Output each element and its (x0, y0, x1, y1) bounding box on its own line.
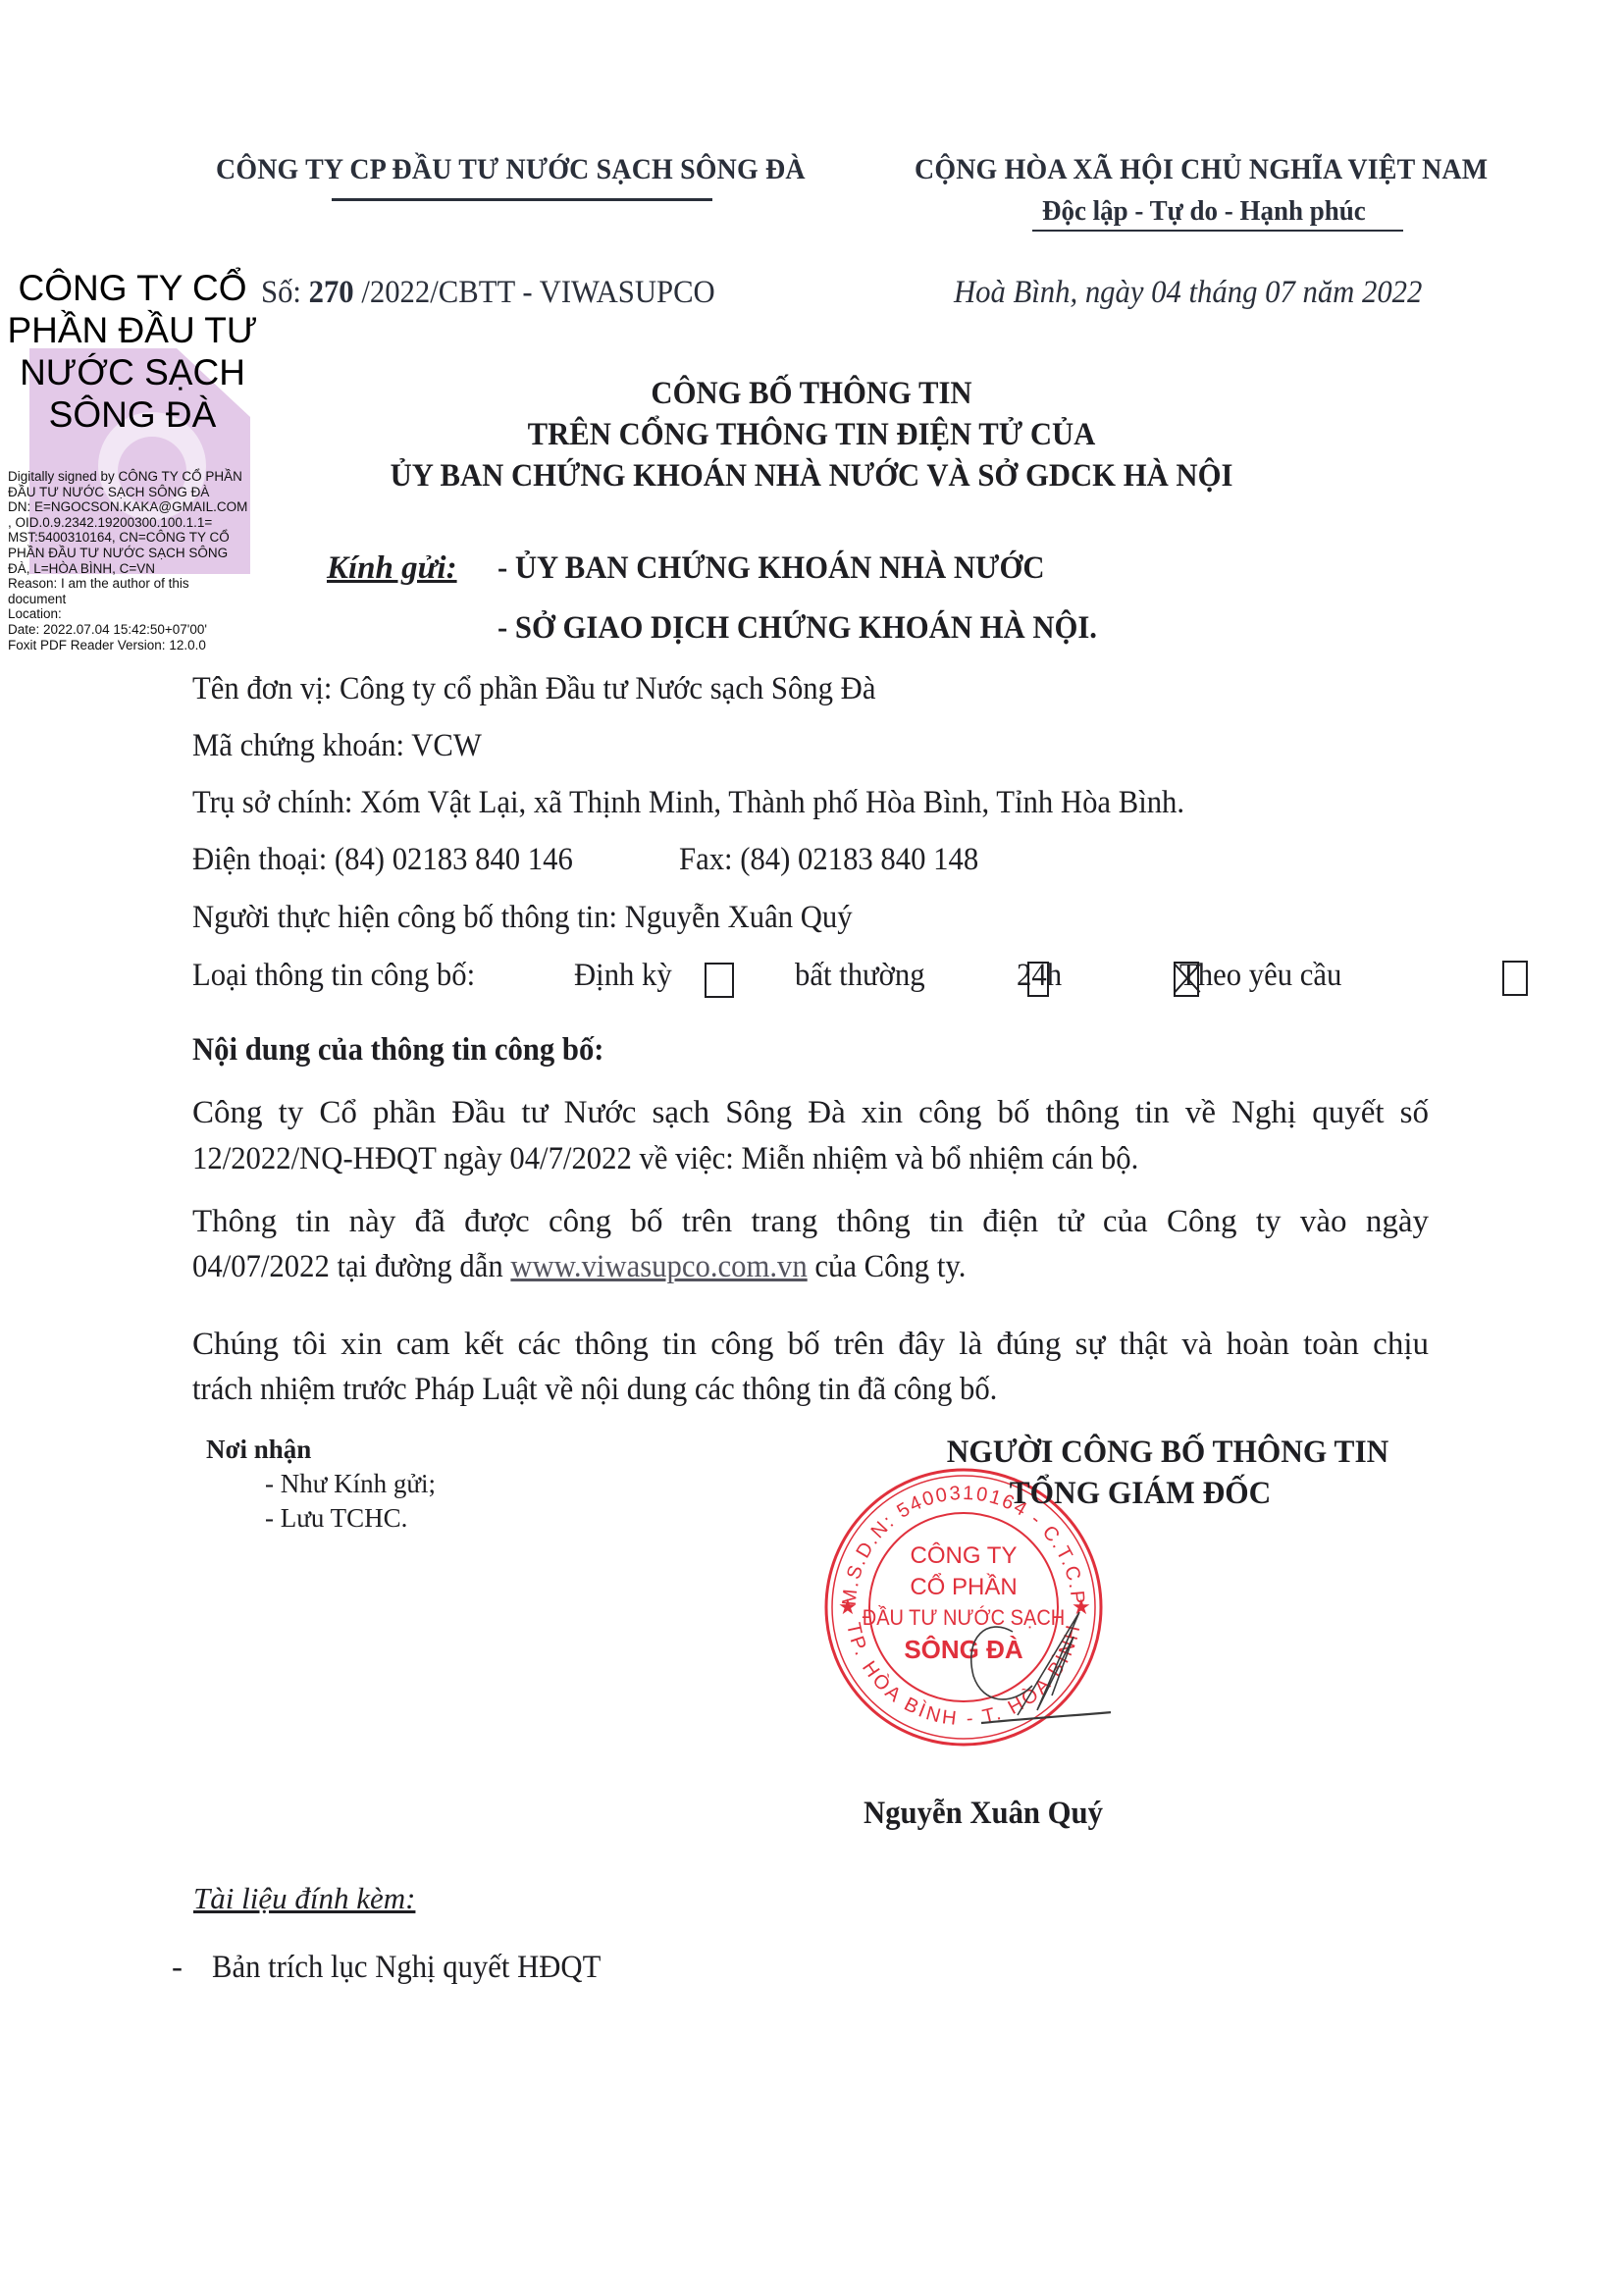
signature-detail-line: Location: (8, 606, 273, 622)
company-name-underline (332, 198, 712, 201)
svg-text:SÔNG ĐÀ: SÔNG ĐÀ (904, 1635, 1023, 1664)
recipients-label: Kính gửi: (327, 550, 457, 587)
type-on-request-label: Theo yêu cầu (1179, 958, 1341, 994)
paragraph-2-suffix: của Công ty. (808, 1249, 967, 1284)
digital-signer-line: CÔNG TY CỔ (0, 267, 265, 309)
recipient-item: - SỞ GIAO DỊCH CHỨNG KHOÁN HÀ NỘI. (497, 610, 1097, 647)
signature-detail-line: Foxit PDF Reader Version: 12.0.0 (8, 638, 273, 653)
motto-underline (1032, 230, 1403, 232)
motto: Độc lập - Tự do - Hạnh phúc (1042, 195, 1366, 228)
paragraph-1-line-1: Công ty Cổ phần Đầu tư Nước sạch Sông Đà… (192, 1095, 1429, 1131)
document-number-suffix: /2022/CBTT - VIWASUPCO (354, 275, 715, 310)
recipient-item: - ỦY BAN CHỨNG KHOÁN NHÀ NƯỚC (497, 550, 1045, 587)
type-24h-label: 24h (1017, 958, 1062, 994)
type-on-request-checkbox[interactable] (1502, 961, 1528, 996)
paragraph-2-prefix: 04/07/2022 tại đường dẫn (192, 1249, 510, 1284)
signer-title: TỔNG GIÁM ĐỐC (814, 1476, 1467, 1512)
digital-signature-details: Digitally signed by CÔNG TY CỔ PHẦN ĐẦU … (8, 469, 273, 652)
signature-detail-line: Date: 2022.07.04 15:42:50+07'00' (8, 622, 273, 638)
stock-code: Mã chứng khoán: VCW (192, 728, 482, 764)
svg-text:ĐẦU TƯ NƯỚC SẠCH: ĐẦU TƯ NƯỚC SẠCH (863, 1606, 1065, 1630)
attachment-bullet: - (172, 1950, 183, 1986)
content-heading: Nội dung của thông tin công bố: (192, 1032, 604, 1069)
paragraph-3-line-1: Chúng tôi xin cam kết các thông tin công… (192, 1327, 1429, 1363)
signature-detail-line: Reason: I am the author of this (8, 576, 273, 592)
document-number: Số: 270 /2022/CBTT - VIWASUPCO (261, 275, 715, 311)
title-line-3: ỦY BAN CHỨNG KHOÁN NHÀ NƯỚC VÀ SỞ GDCK H… (57, 458, 1566, 495)
unit-name: Tên đơn vị: Công ty cổ phần Đầu tư Nước … (192, 671, 875, 707)
svg-text:★: ★ (1072, 1594, 1091, 1619)
digital-signer-line: PHẦN ĐẦU TƯ (0, 309, 265, 351)
head-office-address: Trụ sở chính: Xóm Vật Lại, xã Thịnh Minh… (192, 785, 1184, 821)
paragraph-3-line-2: trách nhiệm trước Pháp Luật về nội dung … (192, 1372, 997, 1408)
website-link[interactable]: www.viwasupco.com.vn (510, 1249, 807, 1284)
svg-text:CÔNG TY: CÔNG TY (911, 1541, 1018, 1569)
type-periodic-checkbox[interactable] (705, 963, 734, 998)
signature-detail-line: MST:5400310164, CN=CÔNG TY CỔ (8, 530, 273, 546)
company-name-header: CÔNG TY CP ĐẦU TƯ NƯỚC SẠCH SÔNG ĐÀ (216, 153, 806, 186)
document-number-value: 270 (309, 275, 354, 310)
svg-text:★: ★ (838, 1594, 858, 1619)
signature-detail-line: ĐÀ, L=HÒA BÌNH, C=VN (8, 561, 273, 577)
type-periodic-label: Định kỳ (574, 958, 672, 994)
signature-detail-line: document (8, 592, 273, 607)
attachments-label: Tài liệu đính kèm: (193, 1881, 415, 1916)
document-number-prefix: Số: (261, 275, 309, 310)
title-line-2: TRÊN CỔNG THÔNG TIN ĐIỆN TỬ CỦA (57, 417, 1566, 453)
paragraph-2-line-2: 04/07/2022 tại đường dẫn www.viwasupco.c… (192, 1249, 966, 1285)
signer-name: Nguyễn Xuân Quý (664, 1796, 1303, 1832)
fax-number: Fax: (84) 02183 840 148 (679, 842, 978, 878)
title-line-1: CÔNG BỐ THÔNG TIN (57, 376, 1566, 412)
signature-detail-line: , OID.0.9.2342.19200300.100.1.1= (8, 515, 273, 531)
discloser-name: Người thực hiện công bố thông tin: Nguyễ… (192, 900, 853, 936)
paragraph-2-line-1: Thông tin này đã được công bố trên trang… (192, 1204, 1429, 1240)
distribution-item: - Như Kính gửi; (265, 1469, 436, 1499)
distribution-label: Nơi nhận (206, 1435, 311, 1465)
paragraph-1-line-2: 12/2022/NQ-HĐQT ngày 04/7/2022 về việc: … (192, 1141, 1138, 1177)
place-date: Hoà Bình, ngày 04 tháng 07 năm 2022 (954, 275, 1422, 311)
phone-number: Điện thoại: (84) 02183 840 146 (192, 842, 573, 878)
signature-detail-line: PHẦN ĐẦU TƯ NƯỚC SẠCH SÔNG (8, 546, 273, 561)
signature-detail-line: DN: E=NGOCSON.KAKA@GMAIL.COM (8, 499, 273, 515)
attachment-item: Bản trích lục Nghị quyết HĐQT (212, 1950, 601, 1986)
distribution-item: - Lưu TCHC. (265, 1503, 407, 1534)
type-irregular-label: bất thường (795, 958, 925, 994)
signer-role: NGƯỜI CÔNG BỐ THÔNG TIN (842, 1435, 1494, 1471)
svg-text:CỔ PHẦN: CỔ PHẦN (910, 1573, 1017, 1600)
disclosure-type-label: Loại thông tin công bố: (192, 958, 475, 994)
country-header: CỘNG HÒA XÃ HỘI CHỦ NGHĨA VIỆT NAM (915, 153, 1488, 186)
